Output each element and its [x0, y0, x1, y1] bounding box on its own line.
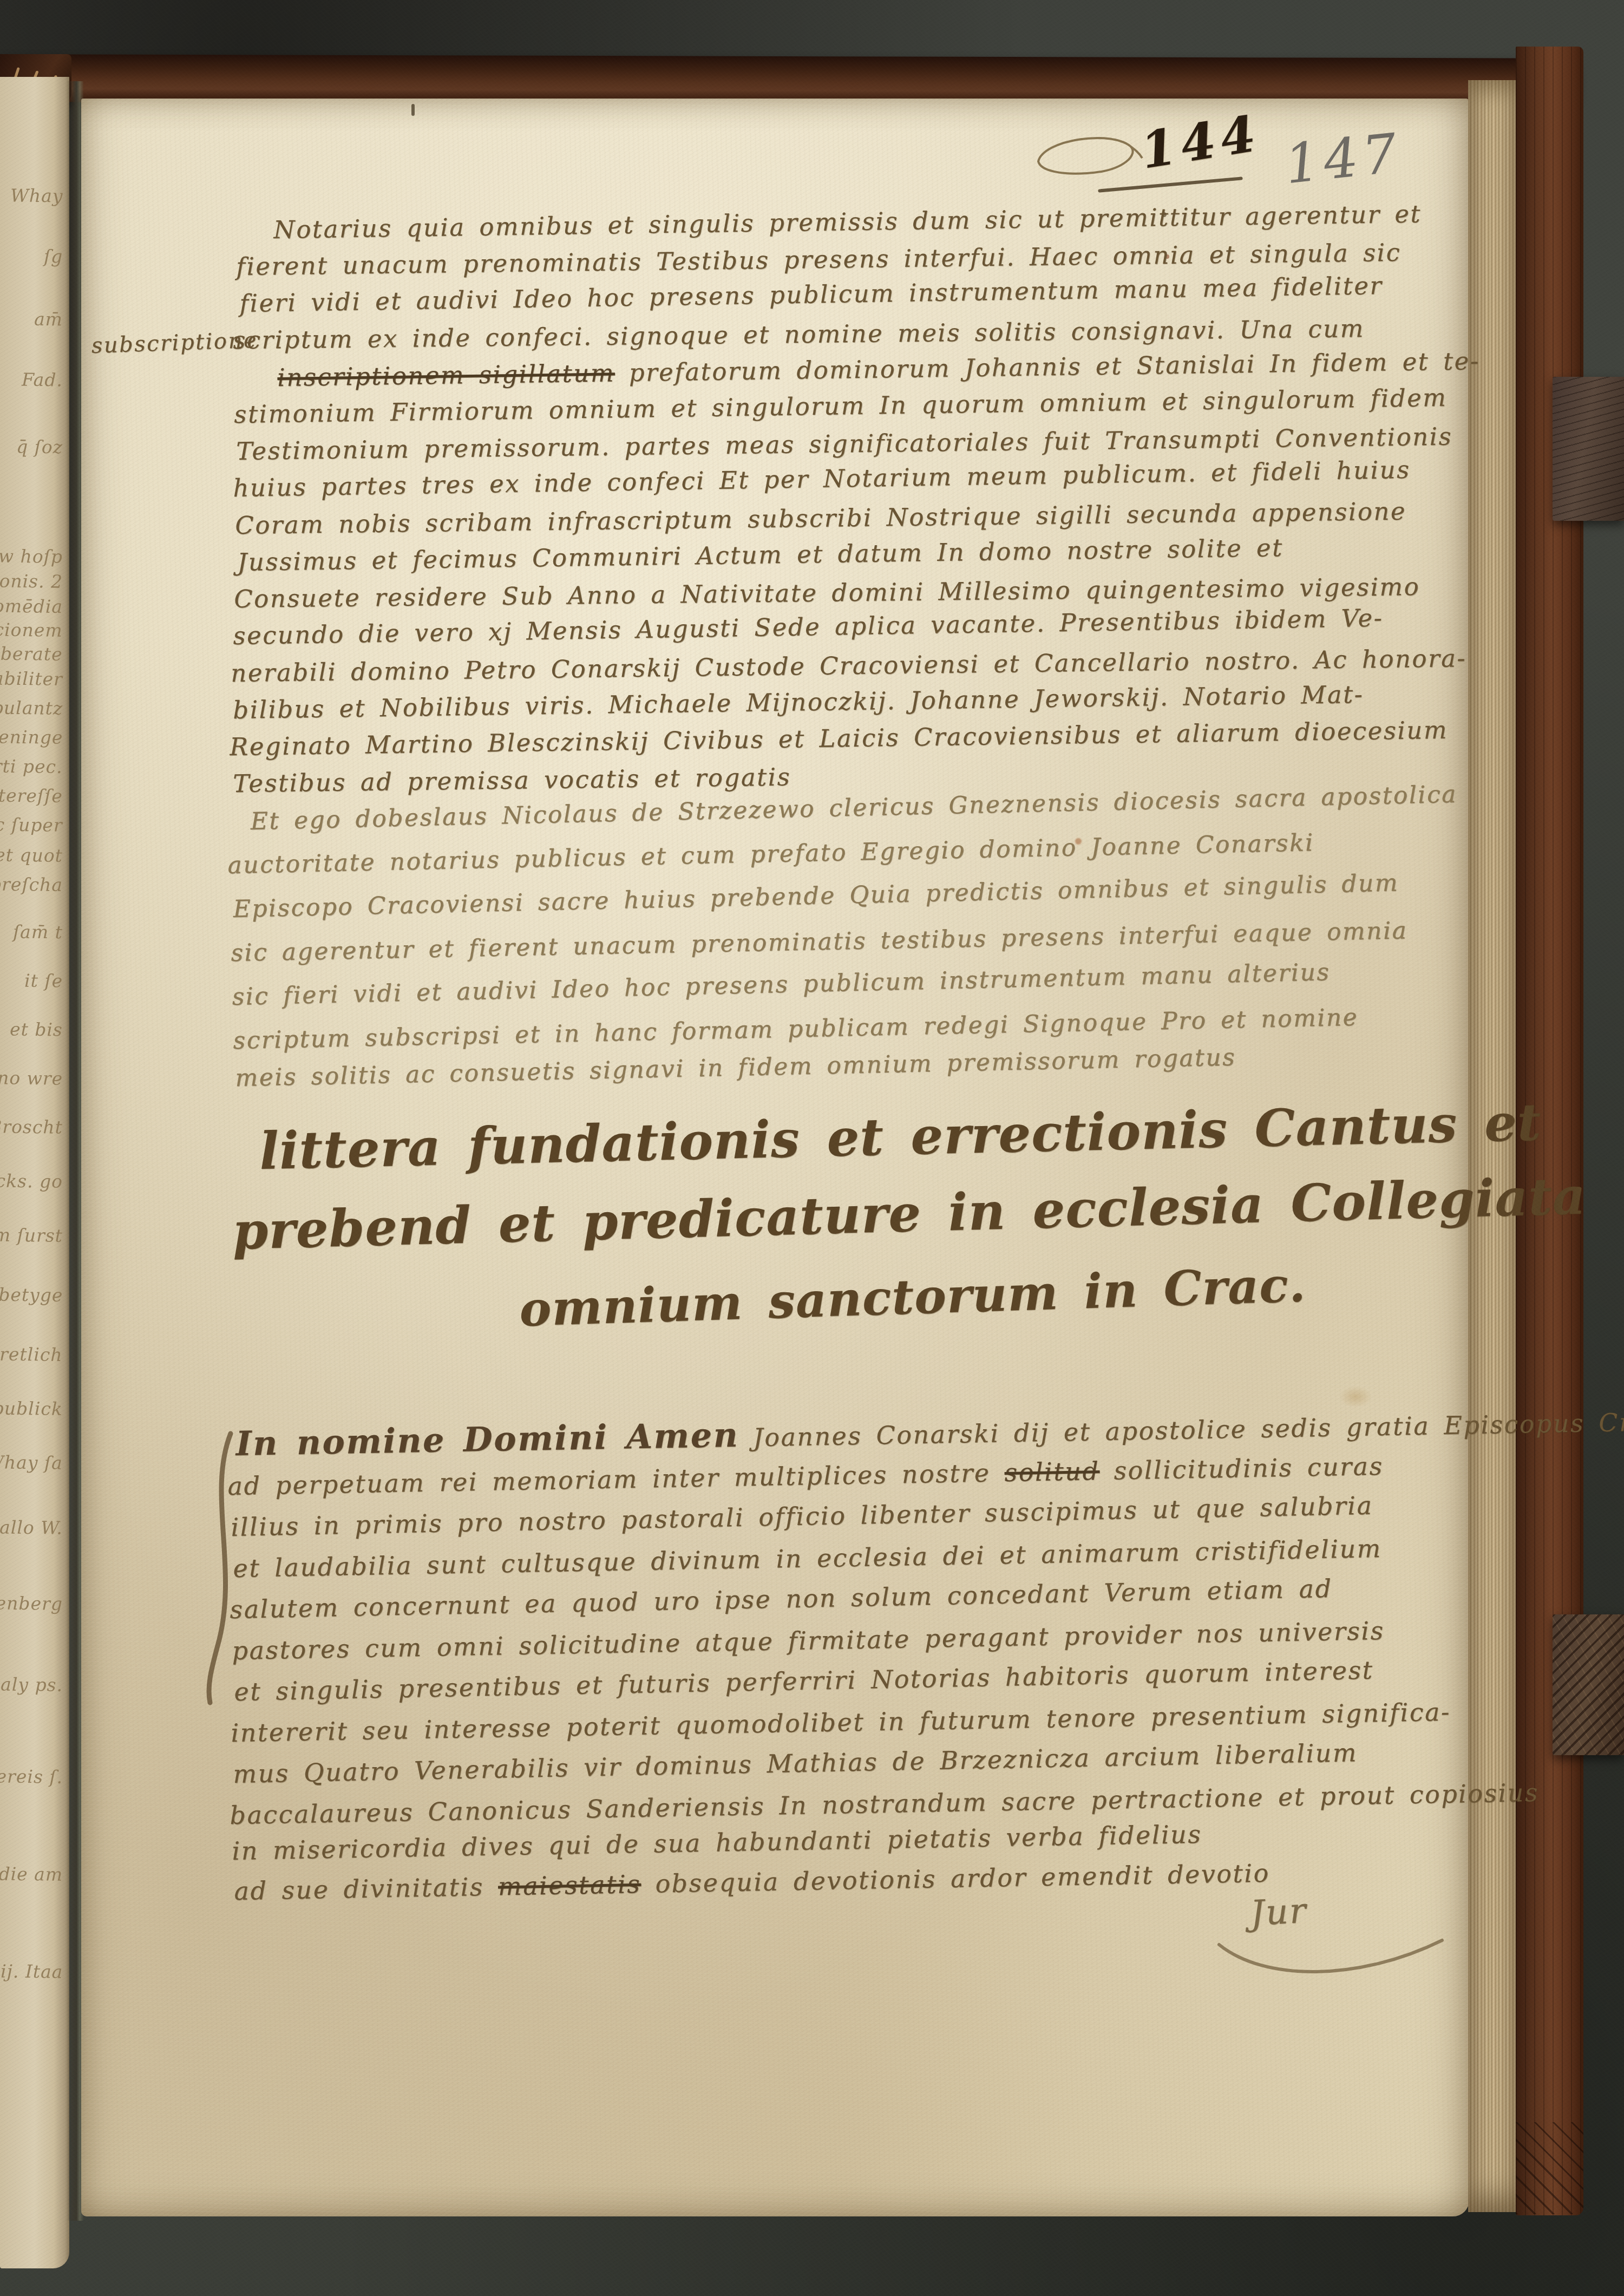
facing-text-fragment: Guenberg	[0, 1592, 63, 1614]
facing-text-fragment: a eninge	[0, 726, 63, 748]
facing-text-fragment: Whay ſa	[0, 1451, 63, 1473]
folio-number-pencil: 147	[1282, 121, 1404, 197]
facing-text-fragment: ia publick	[0, 1397, 63, 1420]
facing-text-fragment: staly ps.	[0, 1673, 63, 1696]
leather-strap-bottom	[1553, 1614, 1624, 1755]
facing-text-fragment: parti pec.	[0, 755, 63, 777]
facing-text-fragment: n Comēdia	[0, 595, 63, 617]
facing-text-fragment: dicionem	[0, 619, 63, 641]
facing-text-fragment: io preſcha	[0, 873, 63, 895]
cover-corner-tooling	[1516, 2122, 1583, 2214]
facing-text-fragment: no wre	[0, 1067, 63, 1089]
facing-text-fragment: alem ſurst	[0, 1224, 63, 1246]
struck-words: inscriptionem sigillatum	[277, 358, 615, 392]
facing-text-fragment: Broscht	[0, 1116, 63, 1137]
paper-stain	[1339, 1386, 1372, 1408]
ink-mark	[411, 104, 415, 116]
facing-text-fragment: ſg	[43, 246, 63, 267]
facing-text-fragment: q̄ ſoz	[16, 436, 63, 458]
facing-text-fragment: it ſe	[24, 970, 63, 992]
line-continuation: sollicitudinis curas	[1099, 1451, 1384, 1486]
facing-text-fragment: y et quot	[0, 844, 63, 866]
facing-text-fragment: vereis ſ.	[0, 1765, 63, 1787]
facing-text-fragment: ow hoſp	[0, 545, 63, 567]
facing-text-fragment: iolabiliter	[0, 668, 63, 690]
struck-word: maiestatis	[498, 1869, 641, 1901]
facing-text-fragment: ionis. 2	[0, 570, 63, 592]
facing-text-fragment: ru die am	[0, 1863, 63, 1885]
facing-text-fragment: Fad.	[22, 369, 63, 391]
facing-text-fragment: Ac ſuper	[0, 814, 63, 836]
facing-text-fragment: e gretlich	[0, 1343, 63, 1365]
line-start: ad sue divinitatis	[234, 1872, 498, 1906]
facing-text-fragment: tipulantz	[0, 697, 63, 719]
facing-page-sliver: Whay ſg am̄ Fad. q̄ ſoz ow hoſp ionis. 2…	[0, 77, 69, 2268]
facing-text-fragment: ij. Itaa	[0, 1960, 63, 1982]
catchword-flourish	[1213, 1925, 1451, 1985]
facing-text-fragment: Whay	[10, 185, 63, 206]
facing-text-fragment: l intereſſe	[0, 784, 63, 807]
struck-word: solitud	[1004, 1456, 1100, 1487]
facing-text-fragment: deliberate	[0, 643, 63, 665]
facing-text-fragment: am̄	[34, 309, 63, 330]
pen-flourish	[1029, 128, 1142, 182]
manuscript-photo: Whay ſg am̄ Fad. q̄ ſoz ow hoſp ionis. 2…	[0, 0, 1624, 2296]
facing-text-fragment: by betyge	[0, 1284, 63, 1306]
facing-text-fragment: ſam̄ t	[13, 921, 63, 943]
facing-text-fragment: et bis	[10, 1018, 63, 1040]
leather-strap-top	[1553, 377, 1624, 521]
paper-stain	[1075, 838, 1082, 845]
facing-text-fragment: ballo W.	[0, 1516, 63, 1538]
facing-text-fragment: bicks. go	[0, 1170, 63, 1192]
